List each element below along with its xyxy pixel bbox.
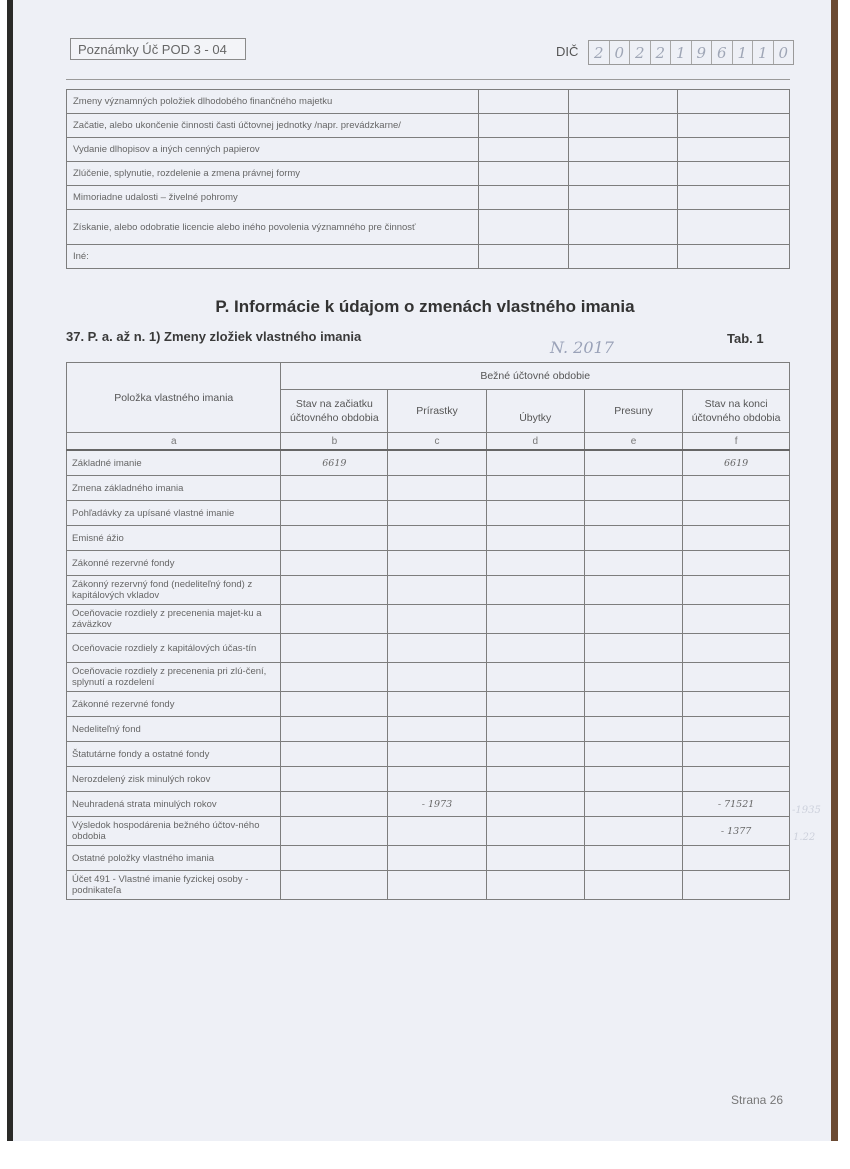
value-cell-e[interactable] xyxy=(584,634,682,663)
value-cell-e[interactable] xyxy=(584,501,682,526)
value-cell-d[interactable] xyxy=(486,634,584,663)
event-value-cell[interactable] xyxy=(678,245,790,269)
value-cell-c[interactable] xyxy=(388,501,486,526)
value-cell-b[interactable] xyxy=(281,551,388,576)
header-closing: Stav na konci účtovného obdobia xyxy=(683,390,790,433)
events-table: Zmeny významných položiek dlhodobého fin… xyxy=(66,89,790,269)
dic-digit-box[interactable]: 1 xyxy=(733,41,754,64)
value-cell-f[interactable] xyxy=(683,634,790,663)
value-cell-e[interactable] xyxy=(584,526,682,551)
event-value-cell[interactable] xyxy=(678,186,790,210)
event-value-cell[interactable] xyxy=(569,210,678,245)
event-value-cell[interactable] xyxy=(678,138,790,162)
dic-digit-box[interactable]: 0 xyxy=(774,41,794,64)
table-row: Iné: xyxy=(67,245,790,269)
dic-field[interactable]: 2022196110 xyxy=(588,40,794,65)
margin-note: 1.22 xyxy=(793,832,815,843)
event-value-cell[interactable] xyxy=(569,90,678,114)
value-cell-c[interactable] xyxy=(388,551,486,576)
value-cell-f[interactable] xyxy=(683,846,790,871)
table-row: Pohľadávky za upísané vlastné imanie xyxy=(67,501,790,526)
event-value-cell[interactable] xyxy=(569,186,678,210)
header-period-group: Bežné účtovné obdobie xyxy=(281,363,790,390)
equity-item-label: Pohľadávky za upísané vlastné imanie xyxy=(67,501,281,526)
value-cell-d[interactable] xyxy=(486,663,584,692)
value-cell-d[interactable] xyxy=(486,846,584,871)
equity-item-label: Neuhradená strata minulých rokov xyxy=(67,792,281,817)
header-transfers: Presuny xyxy=(584,390,682,433)
table-row: Zlúčenie, splynutie, rozdelenie a zmena … xyxy=(67,162,790,186)
event-value-cell[interactable] xyxy=(479,245,569,269)
equity-item-label: Oceňovacie rozdiely z kapitálových účas-… xyxy=(67,634,281,663)
event-value-cell[interactable] xyxy=(569,138,678,162)
table-row: Nerozdelený zisk minulých rokov xyxy=(67,767,790,792)
value-cell-d[interactable] xyxy=(486,717,584,742)
value-cell-b[interactable] xyxy=(281,846,388,871)
value-cell-d[interactable] xyxy=(486,767,584,792)
table-row: Účet 491 - Vlastné imanie fyzickej osoby… xyxy=(67,871,790,900)
scan-edge-right xyxy=(831,0,838,1141)
column-letter: b xyxy=(281,433,388,451)
value-cell-b[interactable] xyxy=(281,792,388,817)
equity-item-label: Účet 491 - Vlastné imanie fyzickej osoby… xyxy=(67,871,281,900)
value-cell-b[interactable] xyxy=(281,576,388,605)
equity-item-label: Ostatné položky vlastného imania xyxy=(67,846,281,871)
form-id-box: Poznámky Úč POD 3 - 04 xyxy=(70,38,246,60)
value-cell-b[interactable] xyxy=(281,476,388,501)
event-value-cell[interactable] xyxy=(569,162,678,186)
value-cell-d[interactable] xyxy=(486,742,584,767)
table-row: Zákonné rezervné fondy xyxy=(67,551,790,576)
column-letter: e xyxy=(584,433,682,451)
dic-digit-box[interactable]: 2 xyxy=(630,41,651,64)
table-row: Zmena základného imania xyxy=(67,476,790,501)
table-row: Oceňovacie rozdiely z precenenia pri zlú… xyxy=(67,663,790,692)
table-row: Začatie, alebo ukončenie činnosti časti … xyxy=(67,114,790,138)
value-cell-e[interactable] xyxy=(584,792,682,817)
value-cell-d[interactable] xyxy=(486,526,584,551)
dic-digit-box[interactable]: 2 xyxy=(589,41,610,64)
value-cell-f[interactable] xyxy=(683,742,790,767)
value-cell-c[interactable] xyxy=(388,605,486,634)
value-cell-f[interactable]: 6619 xyxy=(683,450,790,476)
value-cell-b[interactable] xyxy=(281,767,388,792)
table-row: Neuhradená strata minulých rokov- 1973- … xyxy=(67,792,790,817)
table-row: Zmeny významných položiek dlhodobého fin… xyxy=(67,90,790,114)
table-number-label: Tab. 1 xyxy=(727,331,764,346)
value-cell-e[interactable] xyxy=(584,450,682,476)
value-cell-f[interactable] xyxy=(683,526,790,551)
value-cell-d[interactable] xyxy=(486,692,584,717)
value-cell-b[interactable] xyxy=(281,526,388,551)
event-value-cell[interactable] xyxy=(678,114,790,138)
equity-item-label: Zákonné rezervné fondy xyxy=(67,551,281,576)
event-value-cell[interactable] xyxy=(479,138,569,162)
handwritten-year: N. 2017 xyxy=(550,338,614,357)
value-cell-d[interactable] xyxy=(486,551,584,576)
value-cell-e[interactable] xyxy=(584,476,682,501)
header-divider xyxy=(66,79,790,80)
event-label: Získanie, alebo odobratie licencie alebo… xyxy=(67,210,479,245)
equity-item-label: Zákonné rezervné fondy xyxy=(67,692,281,717)
event-value-cell[interactable] xyxy=(479,90,569,114)
value-cell-e[interactable] xyxy=(584,871,682,900)
event-value-cell[interactable] xyxy=(479,162,569,186)
table-row: Zákonný rezervný fond (nedeliteľný fond)… xyxy=(67,576,790,605)
column-letter: c xyxy=(388,433,486,451)
value-cell-c[interactable] xyxy=(388,742,486,767)
table-row: Emisné ážio xyxy=(67,526,790,551)
table-row: Získanie, alebo odobratie licencie alebo… xyxy=(67,210,790,245)
table-row: Oceňovacie rozdiely z kapitálových účas-… xyxy=(67,634,790,663)
value-cell-c[interactable] xyxy=(388,576,486,605)
value-cell-b[interactable] xyxy=(281,692,388,717)
value-cell-b[interactable] xyxy=(281,871,388,900)
value-cell-f[interactable] xyxy=(683,663,790,692)
equity-item-label: Oceňovacie rozdiely z precenenia pri zlú… xyxy=(67,663,281,692)
table-subtitle: 37. P. a. až n. 1) Zmeny zložiek vlastné… xyxy=(66,329,361,344)
value-cell-f[interactable] xyxy=(683,501,790,526)
value-cell-d[interactable] xyxy=(486,605,584,634)
value-cell-c[interactable]: - 1973 xyxy=(388,792,486,817)
equity-item-label: Zákonný rezervný fond (nedeliteľný fond)… xyxy=(67,576,281,605)
value-cell-e[interactable] xyxy=(584,605,682,634)
table-row: Zákonné rezervné fondy xyxy=(67,692,790,717)
value-cell-e[interactable] xyxy=(584,692,682,717)
value-cell-e[interactable] xyxy=(584,551,682,576)
column-letter: d xyxy=(486,433,584,451)
value-cell-c[interactable] xyxy=(388,817,486,846)
value-cell-b[interactable] xyxy=(281,663,388,692)
value-cell-e[interactable] xyxy=(584,817,682,846)
value-cell-f[interactable]: - 1377 xyxy=(683,817,790,846)
column-letter: f xyxy=(683,433,790,451)
event-value-cell[interactable] xyxy=(479,186,569,210)
table-row: Štatutárne fondy a ostatné fondy xyxy=(67,742,790,767)
value-cell-b[interactable] xyxy=(281,742,388,767)
value-cell-f[interactable] xyxy=(683,605,790,634)
header-opening: Stav na začiatku účtovného obdobia xyxy=(281,390,388,433)
margin-note: -1935 xyxy=(792,805,821,816)
value-cell-b[interactable] xyxy=(281,501,388,526)
equity-item-label: Štatutárne fondy a ostatné fondy xyxy=(67,742,281,767)
event-label: Mimoriadne udalosti – živelné pohromy xyxy=(67,186,479,210)
equity-item-label: Výsledok hospodárenia bežného účtov-ného… xyxy=(67,817,281,846)
equity-item-label: Oceňovacie rozdiely z precenenia majet-k… xyxy=(67,605,281,634)
event-label: Vydanie dlhopisov a iných cenných papier… xyxy=(67,138,479,162)
value-cell-d[interactable] xyxy=(486,817,584,846)
page-number: Strana 26 xyxy=(731,1093,783,1107)
value-cell-d[interactable] xyxy=(486,792,584,817)
event-label: Iné: xyxy=(67,245,479,269)
event-label: Zmeny významných položiek dlhodobého fin… xyxy=(67,90,479,114)
value-cell-c[interactable] xyxy=(388,476,486,501)
event-label: Začatie, alebo ukončenie činnosti časti … xyxy=(67,114,479,138)
dic-digit-box[interactable]: 2 xyxy=(651,41,672,64)
value-cell-f[interactable] xyxy=(683,871,790,900)
value-cell-f[interactable] xyxy=(683,767,790,792)
event-label: Zlúčenie, splynutie, rozdelenie a zmena … xyxy=(67,162,479,186)
equity-item-label: Emisné ážio xyxy=(67,526,281,551)
column-letter: a xyxy=(67,433,281,451)
value-cell-c[interactable] xyxy=(388,526,486,551)
value-cell-f[interactable]: - 71521 xyxy=(683,792,790,817)
value-cell-e[interactable] xyxy=(584,663,682,692)
value-cell-d[interactable] xyxy=(486,450,584,476)
value-cell-c[interactable] xyxy=(388,717,486,742)
section-title: P. Informácie k údajom o zmenách vlastné… xyxy=(0,297,850,317)
dic-digit-box[interactable]: 0 xyxy=(610,41,631,64)
value-cell-b[interactable] xyxy=(281,817,388,846)
event-value-cell[interactable] xyxy=(678,90,790,114)
event-value-cell[interactable] xyxy=(569,245,678,269)
dic-digit-box[interactable]: 6 xyxy=(712,41,733,64)
header-decreases: Úbytky xyxy=(486,390,584,433)
table-row: Mimoriadne udalosti – živelné pohromy xyxy=(67,186,790,210)
value-cell-e[interactable] xyxy=(584,767,682,792)
equity-changes-table: Položka vlastného imania Bežné účtovné o… xyxy=(66,362,790,900)
value-cell-f[interactable] xyxy=(683,476,790,501)
event-value-cell[interactable] xyxy=(479,210,569,245)
event-value-cell[interactable] xyxy=(678,210,790,245)
value-cell-d[interactable] xyxy=(486,501,584,526)
table-row: Oceňovacie rozdiely z precenenia majet-k… xyxy=(67,605,790,634)
dic-digit-box[interactable]: 1 xyxy=(753,41,774,64)
value-cell-f[interactable] xyxy=(683,717,790,742)
value-cell-d[interactable] xyxy=(486,576,584,605)
dic-digit-box[interactable]: 1 xyxy=(671,41,692,64)
table-row: Nedeliteľný fond xyxy=(67,717,790,742)
value-cell-b[interactable] xyxy=(281,605,388,634)
table-row: Vydanie dlhopisov a iných cenných papier… xyxy=(67,138,790,162)
table-row: Základné imanie66196619 xyxy=(67,450,790,476)
value-cell-b[interactable] xyxy=(281,634,388,663)
header-additions: Prírastky xyxy=(388,390,486,433)
dic-digit-box[interactable]: 9 xyxy=(692,41,713,64)
event-value-cell[interactable] xyxy=(479,114,569,138)
equity-item-label: Nerozdelený zisk minulých rokov xyxy=(67,767,281,792)
value-cell-c[interactable] xyxy=(388,692,486,717)
equity-item-label: Základné imanie xyxy=(67,450,281,476)
value-cell-c[interactable] xyxy=(388,871,486,900)
value-cell-e[interactable] xyxy=(584,742,682,767)
equity-item-label: Zmena základného imania xyxy=(67,476,281,501)
value-cell-e[interactable] xyxy=(584,846,682,871)
value-cell-c[interactable] xyxy=(388,450,486,476)
value-cell-b[interactable] xyxy=(281,717,388,742)
value-cell-c[interactable] xyxy=(388,846,486,871)
value-cell-d[interactable] xyxy=(486,476,584,501)
table-row: Výsledok hospodárenia bežného účtov-ného… xyxy=(67,817,790,846)
table-row: Ostatné položky vlastného imania xyxy=(67,846,790,871)
value-cell-c[interactable] xyxy=(388,634,486,663)
event-value-cell[interactable] xyxy=(569,114,678,138)
value-cell-f[interactable] xyxy=(683,551,790,576)
value-cell-b[interactable]: 6619 xyxy=(281,450,388,476)
header-item: Položka vlastného imania xyxy=(67,363,281,433)
value-cell-c[interactable] xyxy=(388,767,486,792)
equity-item-label: Nedeliteľný fond xyxy=(67,717,281,742)
value-cell-e[interactable] xyxy=(584,576,682,605)
value-cell-e[interactable] xyxy=(584,717,682,742)
value-cell-f[interactable] xyxy=(683,576,790,605)
dic-label: DIČ xyxy=(556,44,578,59)
value-cell-c[interactable] xyxy=(388,663,486,692)
event-value-cell[interactable] xyxy=(678,162,790,186)
value-cell-f[interactable] xyxy=(683,692,790,717)
value-cell-d[interactable] xyxy=(486,871,584,900)
